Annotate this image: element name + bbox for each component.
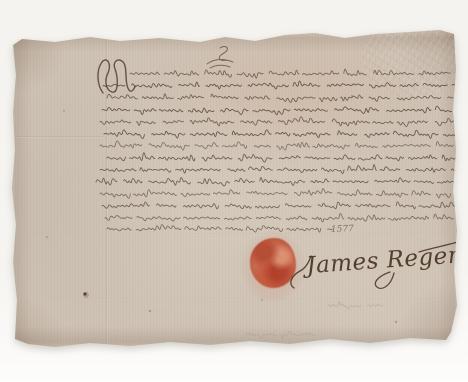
paper-fleck bbox=[63, 110, 65, 112]
manuscript-paper: 1577 James Regent bbox=[0, 0, 468, 382]
manuscript-line bbox=[107, 153, 456, 162]
paper-fleck bbox=[83, 292, 86, 295]
manuscript-line bbox=[107, 94, 453, 102]
manuscript-text-lines bbox=[96, 69, 460, 338]
manuscript-line bbox=[103, 81, 459, 89]
signature: James Regent bbox=[291, 241, 468, 288]
manuscript-line bbox=[102, 202, 455, 209]
manuscript-line bbox=[104, 130, 457, 139]
paper-fleck bbox=[46, 236, 48, 238]
paper-fleck bbox=[261, 299, 263, 301]
manuscript-line bbox=[130, 69, 450, 78]
paper-flecks bbox=[46, 95, 397, 323]
manuscript-line bbox=[96, 178, 456, 186]
paper-fleck bbox=[149, 310, 151, 312]
manuscript-line bbox=[100, 165, 460, 174]
document-photo: 1577 James Regent bbox=[0, 0, 468, 382]
paper-fleck bbox=[395, 321, 397, 323]
signature-descender-flourish bbox=[375, 272, 394, 288]
manuscript-line bbox=[328, 302, 383, 309]
manuscript-line bbox=[100, 189, 451, 199]
manuscript-line bbox=[102, 106, 460, 115]
manuscript-initial-letter bbox=[98, 60, 135, 93]
manuscript-line bbox=[107, 225, 332, 233]
paper-fleck bbox=[351, 95, 353, 97]
manuscript-line bbox=[105, 214, 453, 222]
header-flourish-mark bbox=[207, 47, 233, 68]
manuscript-line bbox=[246, 331, 314, 338]
date-year-text: 1577 bbox=[331, 224, 355, 235]
manuscript-line bbox=[100, 141, 453, 150]
manuscript-line bbox=[100, 117, 457, 127]
ink-layer: 1577 James Regent bbox=[0, 0, 468, 382]
paper-shadow-wrap: 1577 James Regent bbox=[0, 0, 468, 382]
